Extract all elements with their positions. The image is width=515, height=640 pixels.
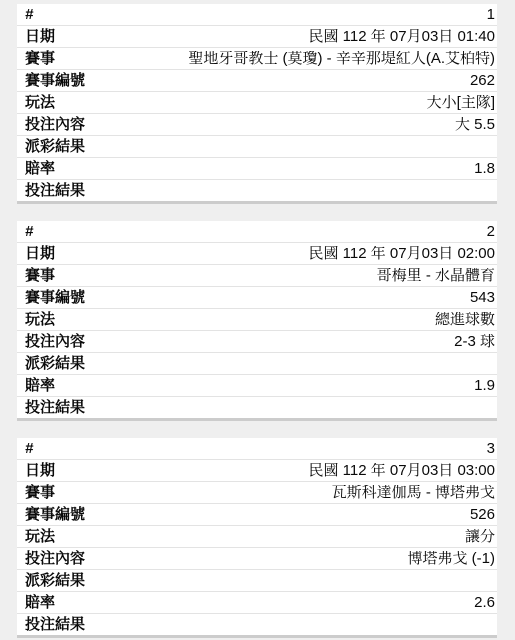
record-row-event: 賽事 聖地牙哥教士 (莫瓊) - 辛辛那堤紅人(A.艾柏特) — [17, 48, 497, 70]
record-row-index: # 1 — [17, 4, 497, 26]
row-value-bet-content: 大 5.5 — [85, 117, 495, 132]
record-row-play: 玩法 讓分 — [17, 526, 497, 548]
record-row-payout-result: 派彩結果 — [17, 136, 497, 158]
bet-record-card-3: # 3 日期 民國 112 年 07月03日 03:00 賽事 瓦斯科達伽馬 -… — [17, 438, 497, 638]
record-row-bet-content: 投注內容 博塔弗戈 (-1) — [17, 548, 497, 570]
row-value-play: 總進球數 — [55, 312, 495, 327]
row-label-payout-result: 派彩結果 — [25, 573, 85, 588]
row-label-event: 賽事 — [25, 485, 55, 500]
record-row-event-id: 賽事編號 543 — [17, 287, 497, 309]
row-label-date: 日期 — [25, 29, 55, 44]
row-value-event: 瓦斯科達伽馬 - 博塔弗戈 — [55, 485, 495, 500]
row-label-bet-content: 投注內容 — [25, 551, 85, 566]
row-label-index: # — [25, 441, 33, 456]
row-label-index: # — [25, 224, 33, 239]
record-row-bet-result: 投注結果 — [17, 614, 497, 638]
record-row-payout-result: 派彩結果 — [17, 570, 497, 592]
record-row-date: 日期 民國 112 年 07月03日 03:00 — [17, 460, 497, 482]
row-value-date: 民國 112 年 07月03日 02:00 — [55, 246, 495, 261]
record-row-play: 玩法 總進球數 — [17, 309, 497, 331]
row-label-play: 玩法 — [25, 95, 55, 110]
row-label-play: 玩法 — [25, 312, 55, 327]
row-value-odds: 1.8 — [55, 161, 495, 176]
row-label-event: 賽事 — [25, 268, 55, 283]
row-label-play: 玩法 — [25, 529, 55, 544]
row-label-odds: 賠率 — [25, 595, 55, 610]
record-row-event-id: 賽事編號 262 — [17, 70, 497, 92]
row-label-bet-result: 投注結果 — [25, 617, 85, 632]
record-row-event-id: 賽事編號 526 — [17, 504, 497, 526]
record-row-date: 日期 民國 112 年 07月03日 01:40 — [17, 26, 497, 48]
row-value-event-id: 526 — [85, 507, 495, 522]
row-label-bet-content: 投注內容 — [25, 334, 85, 349]
row-label-date: 日期 — [25, 463, 55, 478]
row-value-index: 3 — [33, 441, 495, 456]
row-value-event: 哥梅里 - 水晶體育 — [55, 268, 495, 283]
record-row-play: 玩法 大小[主隊] — [17, 92, 497, 114]
row-label-payout-result: 派彩結果 — [25, 356, 85, 371]
row-value-bet-content: 2-3 球 — [85, 334, 495, 349]
row-value-date: 民國 112 年 07月03日 01:40 — [55, 29, 495, 44]
row-value-bet-content: 博塔弗戈 (-1) — [85, 551, 495, 566]
record-row-bet-result: 投注結果 — [17, 397, 497, 421]
row-label-event-id: 賽事編號 — [25, 507, 85, 522]
bet-history-page: # 1 日期 民國 112 年 07月03日 01:40 賽事 聖地牙哥教士 (… — [0, 0, 515, 638]
row-label-date: 日期 — [25, 246, 55, 261]
record-row-index: # 2 — [17, 221, 497, 243]
row-label-bet-result: 投注結果 — [25, 183, 85, 198]
row-value-event-id: 262 — [85, 73, 495, 88]
record-row-event: 賽事 哥梅里 - 水晶體育 — [17, 265, 497, 287]
row-value-event-id: 543 — [85, 290, 495, 305]
record-row-index: # 3 — [17, 438, 497, 460]
row-value-date: 民國 112 年 07月03日 03:00 — [55, 463, 495, 478]
row-value-event: 聖地牙哥教士 (莫瓊) - 辛辛那堤紅人(A.艾柏特) — [55, 51, 495, 66]
record-row-bet-content: 投注內容 大 5.5 — [17, 114, 497, 136]
row-label-odds: 賠率 — [25, 378, 55, 393]
record-row-odds: 賠率 1.9 — [17, 375, 497, 397]
row-label-event-id: 賽事編號 — [25, 73, 85, 88]
row-label-bet-content: 投注內容 — [25, 117, 85, 132]
row-value-odds: 2.6 — [55, 595, 495, 610]
record-row-bet-content: 投注內容 2-3 球 — [17, 331, 497, 353]
row-value-odds: 1.9 — [55, 378, 495, 393]
row-value-index: 2 — [33, 224, 495, 239]
row-label-payout-result: 派彩結果 — [25, 139, 85, 154]
row-label-odds: 賠率 — [25, 161, 55, 176]
record-row-odds: 賠率 1.8 — [17, 158, 497, 180]
row-label-event-id: 賽事編號 — [25, 290, 85, 305]
row-label-index: # — [25, 7, 33, 22]
record-row-odds: 賠率 2.6 — [17, 592, 497, 614]
bet-record-card-1: # 1 日期 民國 112 年 07月03日 01:40 賽事 聖地牙哥教士 (… — [17, 4, 497, 204]
record-row-payout-result: 派彩結果 — [17, 353, 497, 375]
record-row-bet-result: 投注結果 — [17, 180, 497, 204]
row-label-bet-result: 投注結果 — [25, 400, 85, 415]
row-value-index: 1 — [33, 7, 495, 22]
row-value-play: 讓分 — [55, 529, 495, 544]
record-row-date: 日期 民國 112 年 07月03日 02:00 — [17, 243, 497, 265]
record-row-event: 賽事 瓦斯科達伽馬 - 博塔弗戈 — [17, 482, 497, 504]
row-value-play: 大小[主隊] — [55, 95, 495, 110]
row-label-event: 賽事 — [25, 51, 55, 66]
bet-record-card-2: # 2 日期 民國 112 年 07月03日 02:00 賽事 哥梅里 - 水晶… — [17, 221, 497, 421]
